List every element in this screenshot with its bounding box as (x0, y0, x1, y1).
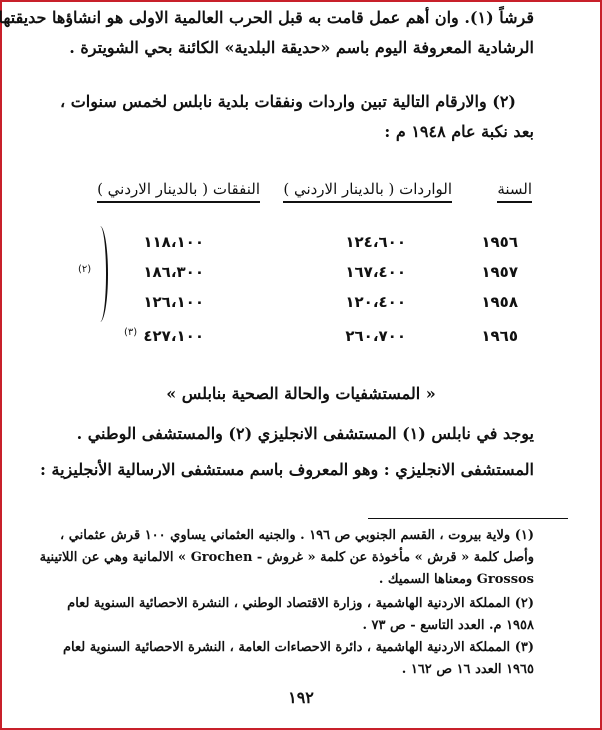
hospitals-line-2: المستشفى الانجليزي : وهو المعروف باسم مس… (40, 460, 534, 479)
section-heading: « المستشفيات والحالة الصحية بنابلس » (0, 384, 602, 403)
cell-expenses: ٤٢٧،١٠٠ (143, 327, 204, 345)
cell-expenses: ١٨٦،٣٠٠ (143, 263, 204, 281)
footnote-2-line-1: (٢) المملكة الاردنية الهاشمية ، وزارة ال… (67, 596, 534, 611)
cell-revenue: ١٦٧،٤٠٠ (345, 263, 406, 281)
section2-line-1: (٢) والارقام التالية تبين واردات ونفقات … (60, 92, 516, 111)
footnote-3-line-2: ١٩٦٥ العدد ١٦ ص ١٦٢ . (402, 662, 534, 677)
footnote-2-line-2: ١٩٥٨ م. العدد التاسع - ص ٧٣ . (362, 618, 534, 633)
header-year: السنة (497, 180, 532, 203)
document-page: قرشاً (١). وان أهم عمل قامت به قبل الحرب… (0, 0, 602, 730)
brace-footnote-ref: (٢) (78, 264, 91, 275)
hospitals-line-1: يوجد في نابلس (١) المستشفى الانجليزي (٢)… (77, 424, 534, 443)
header-revenue: الواردات ( بالدينار الاردني ) (283, 180, 452, 203)
cell-year: ١٩٥٨ (481, 293, 518, 311)
cell-revenue: ١٢٠،٤٠٠ (345, 293, 406, 311)
cell-expenses: ١٢٦،١٠٠ (143, 293, 204, 311)
footnote-1-line-1: (١) ولاية بيروت ، القسم الجنوبي ص ١٩٦ . … (60, 528, 534, 543)
intro-line-1: قرشاً (١). وان أهم عمل قامت به قبل الحرب… (64, 8, 534, 27)
page-number: ١٩٢ (0, 688, 602, 707)
footnote-1-line-2: وأصل كلمة « قرش » مأخوذة عن كلمة « غروش … (40, 550, 534, 565)
footnote-1-line-3: Grossos ومعناها السميك . (379, 572, 534, 587)
footnote-3-line-1: (٣) المملكة الاردنية الهاشمية ، دائرة ال… (63, 640, 534, 655)
brace-icon (92, 226, 108, 322)
header-expenses: النفقات ( بالدينار الاردني ) (97, 180, 260, 203)
cell-revenue: ١٢٤،٦٠٠ (345, 233, 406, 251)
cell-year: ١٩٥٦ (481, 233, 518, 251)
row-footnote-ref: (٣) (124, 327, 137, 338)
cell-revenue: ٢٦٠،٧٠٠ (345, 327, 406, 345)
footnote-divider (368, 518, 568, 519)
section2-line-2: بعد نكبة عام ١٩٤٨ م : (384, 122, 534, 141)
cell-year: ١٩٦٥ (481, 327, 518, 345)
cell-expenses: ١١٨،١٠٠ (143, 233, 204, 251)
intro-line-2: الرشادية المعروفة اليوم باسم «حديقة البل… (69, 38, 534, 57)
cell-year: ١٩٥٧ (481, 263, 518, 281)
